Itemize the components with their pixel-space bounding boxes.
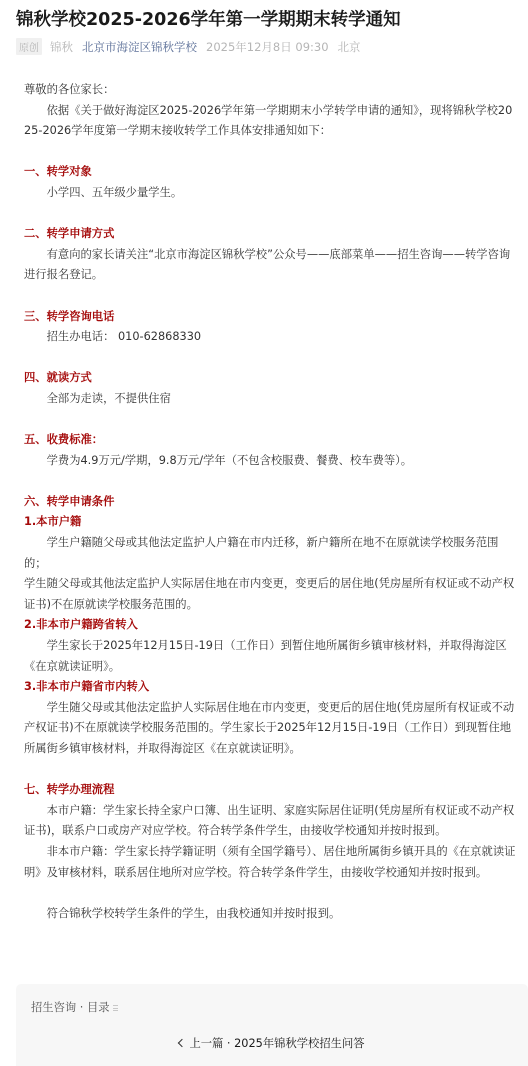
fee-text: 学费为4.9万元/学期，9.8万元/学年（不包含校服费、餐费、校车费等）。 [24, 451, 518, 472]
subsection-heading: 2.非本市户籍跨省转入 [24, 615, 518, 636]
spacer [24, 410, 518, 431]
section-heading: 二、转学申请方式 [24, 224, 518, 245]
previous-article-label: 上一篇 · 2025年锦秋学校招生问答 [189, 1037, 364, 1050]
article-title: 锦秋学校2025-2026学年第一学期期末转学通知 [16, 6, 401, 31]
subsection-text: 学生随父母或其他法定监护人实际居住地在市内变更，变更后的居住地(凭房屋所有权证或… [24, 698, 518, 760]
subsection-text: 学生户籍随父母或其他法定监护人户籍在市内迁移，新户籍所在地不在原就读学校服务范围… [24, 533, 518, 574]
process-text: 本市户籍：学生家长持全家户口簿、出生证明、家庭实际居住证明(凭房屋所有权证或不动… [24, 801, 518, 842]
intro-paragraph: 依据《关于做好海淀区2025-2026学年第一学期期末小学转学申请的通知》，现将… [24, 101, 518, 142]
closing-paragraph: 符合锦秋学校转学生条件的学生，由我校通知并按时报到。 [24, 904, 518, 925]
account-link[interactable]: 北京市海淀区锦秋学校 [82, 39, 197, 55]
album-label: 招生咨询 · 目录 [31, 1001, 110, 1014]
spacer [24, 760, 518, 781]
publish-location: 北京 [338, 39, 361, 55]
original-badge: 原创 [16, 38, 42, 55]
section-heading: 六、转学申请条件 [24, 492, 518, 513]
album-directory-link[interactable]: 招生咨询 · 目录 [31, 999, 118, 1015]
chevron-left-icon [178, 1039, 186, 1047]
publish-time: 2025年12月8日 09:30 [206, 39, 329, 55]
phone-text: 招生办电话： 010-62868330 [24, 327, 518, 348]
spacer [24, 348, 518, 369]
process-text: 非本市户籍：学生家长持学籍证明（须有全国学籍号）、居住地所属街乡镇开具的《在京就… [24, 842, 518, 883]
spacer [24, 142, 518, 163]
section-heading: 三、转学咨询电话 [24, 307, 518, 328]
spacer [24, 286, 518, 307]
section-heading: 五、收费标准： [24, 430, 518, 451]
album-card: 招生咨询 · 目录 上一篇 · 2025年锦秋学校招生问答 [16, 984, 528, 1066]
menu-icon [113, 1005, 118, 1011]
spacer [24, 204, 518, 225]
section-text: 全部为走读，不提供住宿 [24, 389, 518, 410]
section-text: 有意向的家长请关注“北京市海淀区锦秋学校”公众号——底部菜单——招生咨询——转学… [24, 245, 518, 286]
article-body: 尊敬的各位家长： 依据《关于做好海淀区2025-2026学年第一学期期末小学转学… [24, 80, 518, 924]
subsection-text: 学生家长于2025年12月15日-19日（工作日）到暂住地所属街乡镇审核材料，并… [24, 636, 518, 677]
author-name: 锦秋 [50, 39, 73, 55]
article-meta: 原创 锦秋 北京市海淀区锦秋学校 2025年12月8日 09:30 北京 [16, 38, 361, 55]
spacer [24, 883, 518, 904]
section-heading: 七、转学办理流程 [24, 780, 518, 801]
section-text: 小学四、五年级少量学生。 [24, 183, 518, 204]
subsection-heading: 1.本市户籍 [24, 512, 518, 533]
greeting: 尊敬的各位家长： [24, 80, 518, 101]
spacer [24, 471, 518, 492]
subsection-text: 学生随父母或其他法定监护人实际居住地在市内变更，变更后的居住地(凭房屋所有权证或… [24, 574, 518, 615]
section-heading: 四、就读方式 [24, 368, 518, 389]
previous-article-link[interactable]: 上一篇 · 2025年锦秋学校招生问答 [16, 1035, 528, 1051]
section-heading: 一、转学对象 [24, 162, 518, 183]
subsection-heading: 3.非本市户籍省市内转入 [24, 677, 518, 698]
